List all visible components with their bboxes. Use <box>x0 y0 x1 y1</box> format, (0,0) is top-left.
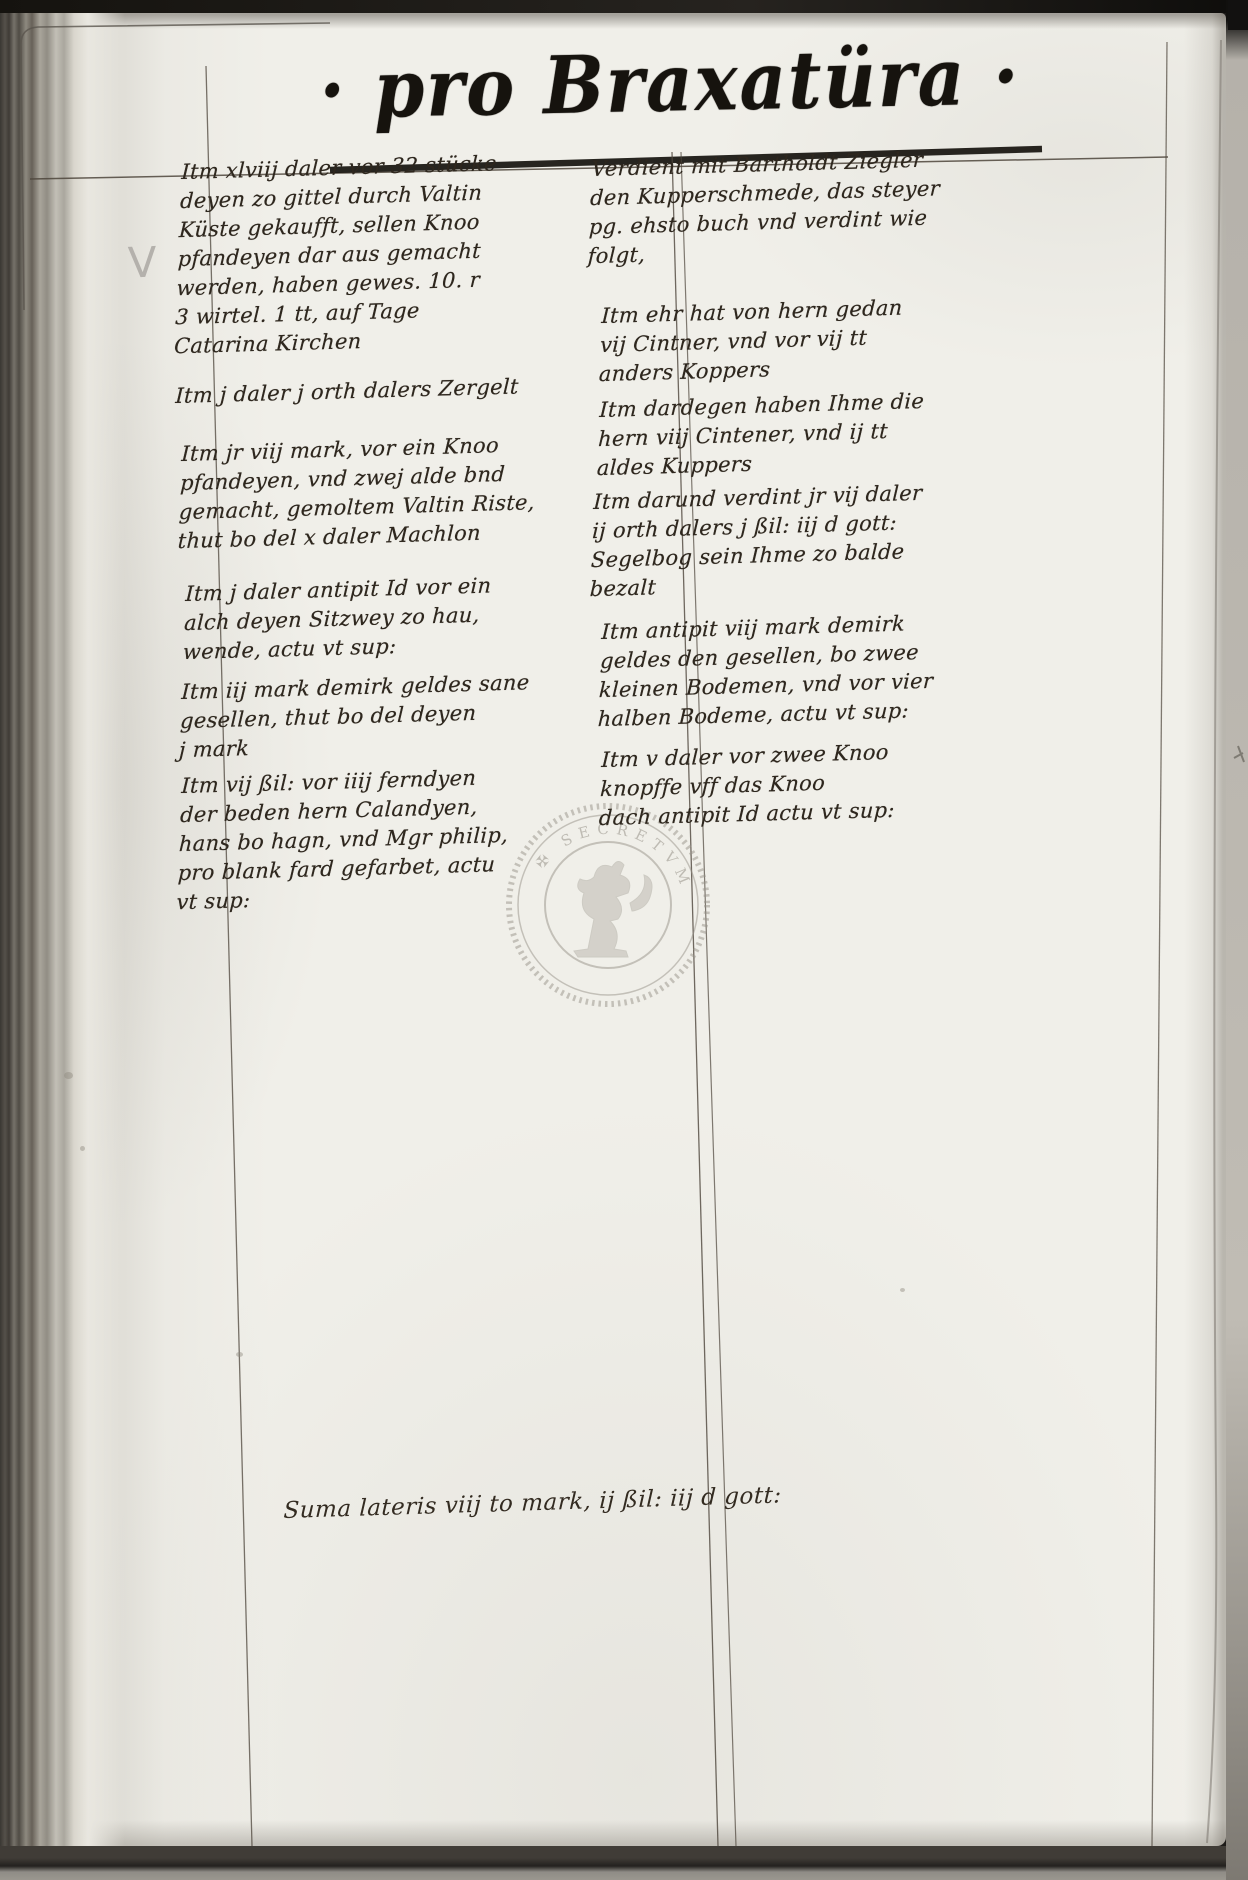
paper-speck <box>64 1072 73 1079</box>
ledger-entry-right-4: Itm darund verdint jr vij daler ij orth … <box>589 477 1004 605</box>
margin-pencil-mark <box>1234 746 1244 762</box>
ledger-entry-right-2: Itm ehr hat von hern gedan vij Cintner, … <box>598 291 996 389</box>
page-title: · pro Braxatüra · <box>299 28 1041 137</box>
right-margin-rule <box>1152 42 1167 1846</box>
paper-speck <box>236 1352 243 1357</box>
ledger-entry-left-3: Itm jr viij mark, vor ein Knoo pfandeyen… <box>177 428 622 556</box>
folio-mark: V <box>127 238 157 288</box>
ledger-entry-right-6: Itm v daler vor zwee Knoo knopffe vff da… <box>598 735 992 833</box>
paper-speck <box>80 1146 85 1151</box>
ledger-entry-left-6: Itm vij ßil: vor iiij ferndyen der beden… <box>176 760 617 917</box>
manuscript-scan: ✠ SECRETVM ✠ · pro Braxatüra · V Itm xlv… <box>0 0 1248 1880</box>
paper-speck <box>900 1288 905 1292</box>
ledger-entry-right-1: Verdient mit Bartholdt Ziegler den Kuppe… <box>587 144 997 271</box>
ledger-entry-left-5: Itm iij mark demirk geldes sane gesellen… <box>178 666 626 766</box>
ledger-entry-left-1: Itm xlviij daler vor 32 stücke deyen zo … <box>173 146 611 361</box>
ledger-entry-right-3: Itm dardegen haben Ihme die hern viij Ci… <box>596 385 999 483</box>
ledger-entry-left-4: Itm j daler antipit Id vor ein alch deye… <box>182 568 615 667</box>
paper-crease <box>1207 40 1221 1843</box>
ledger-entry-right-5: Itm antipit viij mark demirk geldes den … <box>597 607 1002 734</box>
